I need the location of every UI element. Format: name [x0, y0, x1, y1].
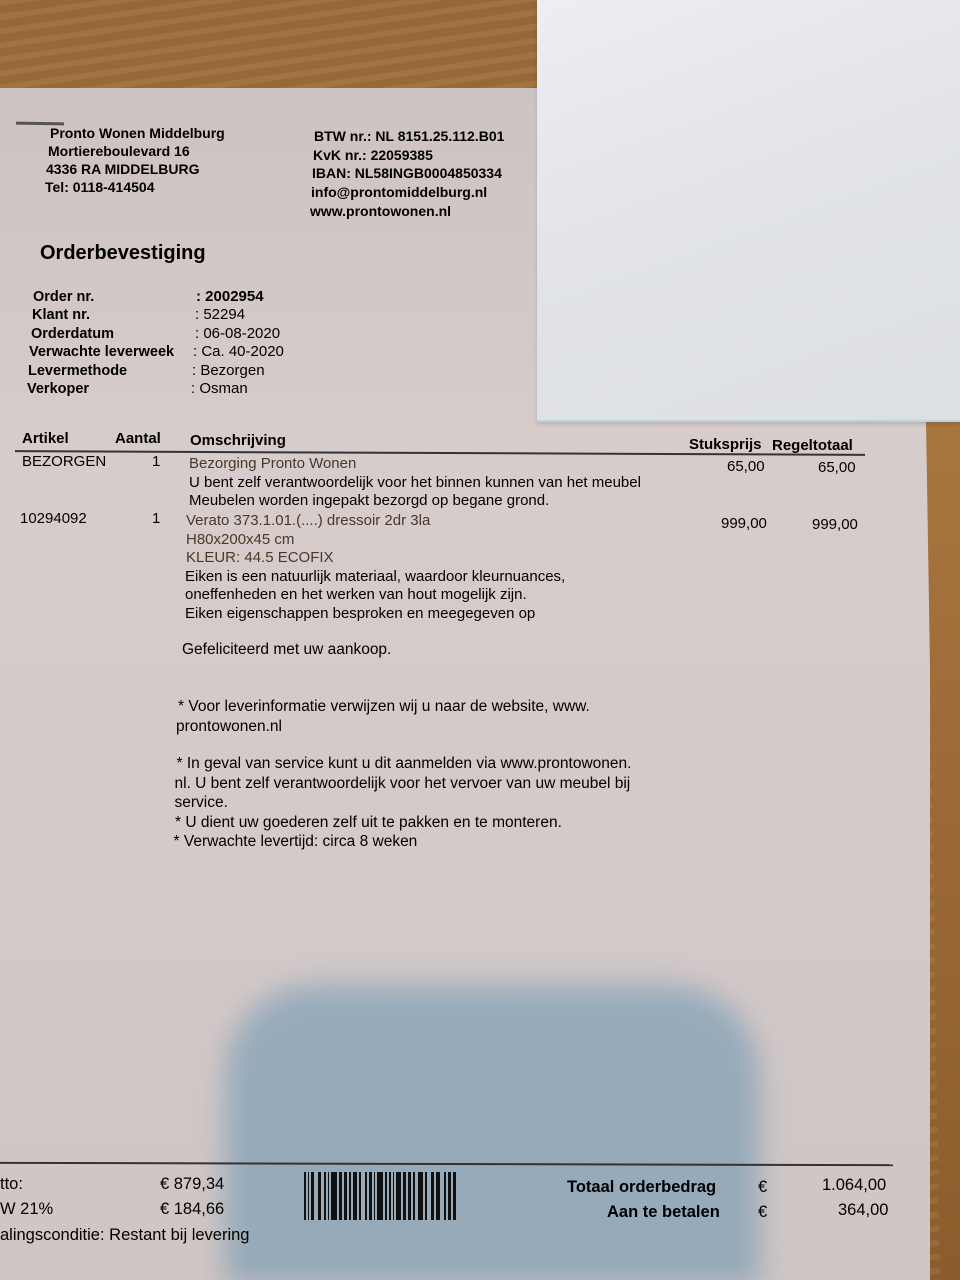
- row-description-line: Eiken eigenschappen besproken en meegege…: [185, 605, 535, 624]
- company-email[interactable]: info@prontomiddelburg.nl: [311, 183, 487, 202]
- meta-value: : Osman: [191, 380, 248, 399]
- meta-label: Order nr.: [33, 288, 94, 307]
- row-description-line: KLEUR: 44.5 ECOFIX: [186, 549, 334, 568]
- note-line: * In geval van service kunt u dit aanmel…: [177, 754, 632, 774]
- barcode: [304, 1172, 506, 1220]
- envelope-overlay: [537, 0, 960, 422]
- row-description-line: Meubelen worden ingepakt bezorgd op bega…: [189, 492, 549, 511]
- row-regeltotaal: 65,00: [818, 459, 856, 478]
- meta-label: Levermethode: [28, 362, 127, 381]
- meta-value: : 06-08-2020: [195, 325, 280, 344]
- note-line: service.: [175, 793, 228, 813]
- total-label: Totaal orderbedrag: [567, 1178, 716, 1197]
- row-description-line: Eiken is een natuurlijk materiaal, waard…: [185, 568, 565, 587]
- row-artikel: 10294092: [20, 510, 87, 529]
- shadow-overlay: [225, 985, 760, 1280]
- note-line: prontowonen.nl: [176, 717, 282, 737]
- company-city: 4336 RA MIDDELBURG: [46, 160, 200, 179]
- netto-label: tto:: [0, 1175, 23, 1194]
- row-description-line: Verato 373.1.01.(....) dressoir 2dr 3la: [186, 512, 430, 531]
- company-btw: BTW nr.: NL 8151.25.112.B01: [314, 127, 504, 146]
- congrats-text: Gefeliciteerd met uw aankoop.: [182, 640, 391, 660]
- row-description-line: H80x200x45 cm: [186, 531, 294, 550]
- meta-label: Orderdatum: [31, 325, 114, 344]
- netto-value: € 879,34: [160, 1175, 224, 1194]
- row-artikel: BEZORGEN: [22, 453, 106, 472]
- note-line: nl. U bent zelf verantwoordelijk voor he…: [175, 774, 631, 794]
- btw-label: W 21%: [0, 1200, 53, 1219]
- col-stuksprijs: Stuksprijs: [689, 436, 762, 453]
- company-iban: IBAN: NL58INGB0004850334: [312, 164, 502, 183]
- document-title: Orderbevestiging: [40, 242, 206, 265]
- company-name: Pronto Wonen Middelburg: [50, 124, 225, 143]
- due-currency: €: [758, 1203, 767, 1222]
- note-line: * Voor leverinformatie verwijzen wij u n…: [178, 697, 590, 717]
- meta-label: Klant nr.: [32, 306, 90, 325]
- col-regeltotaal: Regeltotaal: [772, 437, 853, 454]
- row-description-line: U bent zelf verantwoordelijk voor het bi…: [189, 474, 641, 493]
- row-description-line: Bezorging Pronto Wonen: [189, 455, 356, 474]
- meta-label: Verkoper: [27, 380, 89, 399]
- meta-value: : 52294: [195, 306, 245, 325]
- company-website[interactable]: www.prontowonen.nl: [310, 202, 451, 221]
- meta-value: : 2002954: [196, 288, 264, 307]
- company-street: Mortiereboulevard 16: [48, 142, 190, 161]
- row-stuksprijs: 65,00: [727, 458, 765, 477]
- due-value: 364,00: [838, 1201, 888, 1220]
- col-artikel: Artikel: [22, 430, 69, 447]
- due-label: Aan te betalen: [607, 1203, 720, 1222]
- note-line: * U dient uw goederen zelf uit te pakken…: [175, 813, 562, 833]
- total-value: 1.064,00: [822, 1176, 886, 1195]
- col-aantal: Aantal: [115, 430, 161, 447]
- row-regeltotaal: 999,00: [812, 516, 858, 535]
- company-kvk: KvK nr.: 22059385: [313, 146, 433, 165]
- meta-value: : Ca. 40-2020: [193, 343, 284, 362]
- row-description-line: oneffenheden en het werken van hout moge…: [185, 586, 527, 605]
- btw-value: € 184,66: [160, 1200, 224, 1219]
- meta-value: : Bezorgen: [192, 362, 265, 381]
- row-aantal: 1: [152, 510, 160, 529]
- col-omschrijving: Omschrijving: [190, 432, 286, 449]
- meta-label: Verwachte leverweek: [29, 343, 174, 362]
- payment-condition: alingsconditie: Restant bij levering: [0, 1226, 249, 1245]
- row-aantal: 1: [152, 453, 160, 472]
- row-stuksprijs: 999,00: [721, 515, 767, 534]
- company-phone: Tel: 0118-414504: [45, 178, 155, 197]
- note-line: * Verwachte levertijd: circa 8 weken: [174, 832, 418, 852]
- total-currency: €: [758, 1178, 767, 1197]
